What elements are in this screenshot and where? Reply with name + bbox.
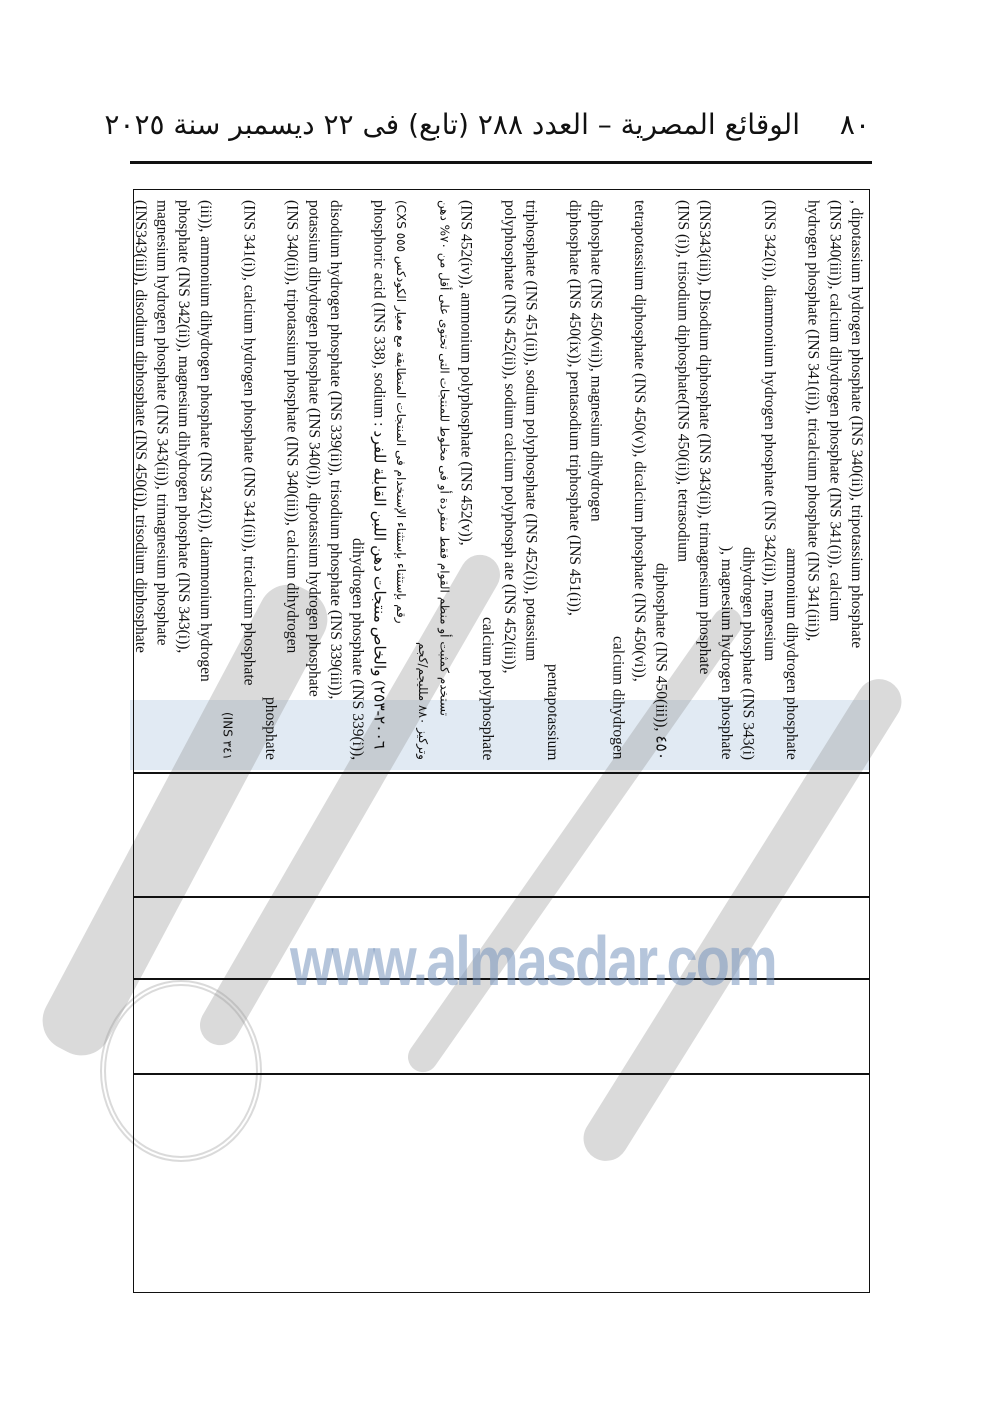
cell-text-line: pentapotassium [541, 200, 563, 760]
cell-text-line: ), magnesium hydrogen phosphate [715, 200, 737, 760]
page-header: ٨٠ الوقائع المصرية – العدد ٢٨٨ (تابع) فى… [180, 108, 870, 148]
cell-text-line: تستخدم كمثبت أو منظم القوام فقط منفردة أ… [433, 200, 455, 760]
cell-text-line: (iii)), ammonium dihydrogen phosphate (I… [194, 200, 216, 760]
rotated-cell-text: , dipotassium hydrogen phosphate (INS 34… [134, 200, 867, 760]
row-divider [134, 978, 869, 980]
header-rule [130, 161, 872, 164]
cell-text-line: hydrogen phosphate (INS 341(ii)), trical… [802, 200, 824, 760]
cell-text-line: calcium dihydrogen [607, 200, 629, 760]
cell-text-line: (INS 341(i)), calcium hydrogen phosphate… [238, 200, 260, 760]
regulation-table: , dipotassium hydrogen phosphate (INS 34… [133, 189, 870, 1293]
cell-text-line: (INS343(iii)), Disodium diphosphate (INS… [693, 200, 715, 760]
cell-text-line: (INS 452(iv)), ammonium polyphosphate (I… [455, 200, 477, 760]
cell-text-line: (INS 340(ii)), tripotassium phosphate (I… [281, 200, 303, 760]
cell-text-line: diphosphate (INS 450(iii)), ٤٥٠ [650, 200, 672, 760]
cell-text-line: (INS (i)), trisodium diphosphate(INS 450… [672, 200, 694, 760]
cell-text-line: triphosphate (INS 451(ii)), sodium polyp… [520, 200, 542, 760]
cell-text-line: phosphate [259, 200, 281, 760]
row-divider [134, 1073, 869, 1075]
gazette-title: الوقائع المصرية – العدد ٢٨٨ (تابع) فى ٢٢… [104, 108, 800, 141]
cell-text-line: disodium hydrogen phosphate (INS 339(ii)… [324, 200, 346, 760]
page-number: ٨٠ [840, 108, 870, 141]
cell-text-line: potassium dihydrogen phosphate (INS 340(… [303, 200, 325, 760]
cell-text-line: phosphate (INS 342(ii)), magnesium dihyd… [173, 200, 195, 760]
cell-text-line: phosphoric acid (INS 338), sodium : ٢٠٠٦… [368, 200, 390, 760]
cell-text-line: (INS 342(i)), diammonium hydrogen phosph… [758, 200, 780, 760]
cell-text-line: diphosphate (INS 450(vii)), magnesium di… [585, 200, 607, 760]
cell-text-line: dihydrogen phosphate (INS 339(i)), [346, 200, 368, 760]
cell-text-line: calcium polyphosphate [476, 200, 498, 760]
cell-text-line: وتركيز ٨٨٠ ملليجم/كجم [411, 200, 433, 760]
cell-text-line: (CXS رقم بإستثناء بإستثناء الإستخدام فى … [390, 200, 412, 760]
cell-text-line: (INS ٣٤١ [216, 200, 238, 760]
cell-text-line: tetrapotassium diphosphate (INS 450(v)),… [628, 200, 650, 760]
cell-text-line: (INS 340(iii)), calcium dihydrogen phosp… [824, 200, 846, 760]
cell-text-line: magnesium hydrogen phosphate (INS 343(ii… [151, 200, 173, 760]
cell-text-line: , dipotassium hydrogen phosphate (INS 34… [845, 200, 867, 760]
row-divider [134, 896, 869, 898]
cell-text-line: diphosphate (INS 450(ix)), pentasodium t… [563, 200, 585, 760]
cell-text-line: polyphosphate (INS 452(ii)), sodium calc… [498, 200, 520, 760]
row-divider [134, 772, 869, 774]
cell-text-line: dihydrogen phosphate (INS 343(i) [737, 200, 759, 760]
cell-text-line: (INS343(iii)), disodium diphosphate (INS… [134, 200, 151, 760]
table-cell-food-additives: , dipotassium hydrogen phosphate (INS 34… [134, 190, 871, 772]
cell-text-line: ammonium dihydrogen phosphate [780, 200, 802, 760]
